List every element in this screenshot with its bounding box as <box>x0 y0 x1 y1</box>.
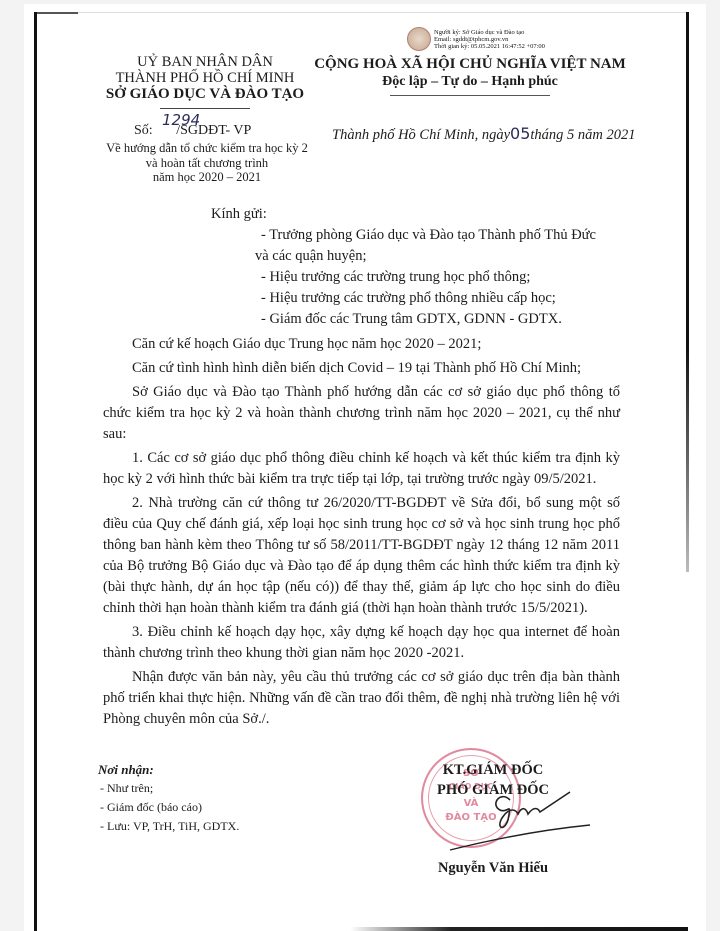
instruction-1: 1. Các cơ sở giáo dục phổ thông điều chỉ… <box>103 448 620 490</box>
distribution-list: Nơi nhận: - Như trên; - Giám đốc (báo cá… <box>98 760 239 836</box>
digital-signature-box: Người ký: Sở Giáo dục và Đào tạo Email: … <box>407 27 545 51</box>
addressee-label: Kính gửi: <box>211 204 620 225</box>
divider <box>160 108 250 109</box>
recipient-item: - Hiệu trưởng các trường phổ thông nhiều… <box>261 288 620 309</box>
distribution-item: - Như trên; <box>100 779 239 798</box>
recipient-item: - Hiệu trưởng các trường trung học phổ t… <box>261 267 620 288</box>
legal-basis-1: Căn cứ kế hoạch Giáo dục Trung học năm h… <box>103 334 620 355</box>
handwritten-day: 05 <box>510 124 530 143</box>
seal-thumbnail-icon <box>407 27 431 51</box>
subject-line: năm học 2020 – 2021 <box>92 170 322 185</box>
legal-basis-2: Căn cứ tình hình hình diễn biến dịch Cov… <box>103 358 620 379</box>
page-edge-right <box>686 12 689 572</box>
recipient-item: - Giám đốc các Trung tâm GDTX, GDNN - GD… <box>261 309 620 330</box>
page-edge-top <box>36 12 686 13</box>
signer-name: Nguyễn Văn Hiếu <box>408 860 578 877</box>
page-edge-top-mark <box>36 12 78 14</box>
instruction-2: 2. Nhà trường căn cứ thông tư 26/2020/TT… <box>103 493 620 619</box>
document-subject: Về hướng dẫn tổ chức kiểm tra học kỳ 2 v… <box>92 141 322 185</box>
distribution-item: - Lưu: VP, TrH, TiH, GDTX. <box>100 817 239 836</box>
document-number: Số: 1294 /SGDĐT- VP <box>134 123 251 139</box>
document-body: Kính gửi: - Trưởng phòng Giáo dục và Đào… <box>103 204 620 733</box>
national-motto: Độc lập – Tự do – Hạnh phúc <box>280 73 660 91</box>
subject-line: Về hướng dẫn tổ chức kiểm tra học kỳ 2 <box>92 141 322 156</box>
sign-time-line: Thời gian ký: 05.05.2021 16:47:52 +07:00 <box>434 43 545 50</box>
instruction-3: 3. Điều chỉnh kế hoạch dạy học, xây dựng… <box>103 622 620 664</box>
page-edge-left <box>34 12 37 931</box>
page-edge-bottom <box>350 927 688 931</box>
handwritten-signature-icon <box>430 770 610 860</box>
distribution-title: Nơi nhận: <box>98 760 239 779</box>
doc-number-label: Số: <box>134 123 153 138</box>
intro-paragraph: Sở Giáo dục và Đào tạo Thành phố hướng d… <box>103 382 620 445</box>
subject-line: và hoàn tất chương trình <box>92 156 322 171</box>
date-prefix: Thành phố Hồ Chí Minh, ngày <box>332 127 510 143</box>
handwritten-doc-number: 1294 <box>162 111 200 129</box>
recipient-item: và các quận huyện; <box>255 246 620 267</box>
nation-title: CỘNG HOÀ XÃ HỘI CHỦ NGHĨA VIỆT NAM <box>280 56 660 73</box>
date-suffix: tháng 5 năm 2021 <box>530 127 635 143</box>
closing-paragraph: Nhận được văn bản này, yêu cầu thủ trưởn… <box>103 667 620 730</box>
place-and-date: Thành phố Hồ Chí Minh, ngày05tháng 5 năm… <box>332 124 636 144</box>
national-header: CỘNG HOÀ XÃ HỘI CHỦ NGHĨA VIỆT NAM Độc l… <box>280 56 660 96</box>
email-line: Email: sgddt@tphcm.gov.vn <box>434 36 545 43</box>
recipient-item: - Trưởng phòng Giáo dục và Đào tạo Thành… <box>261 225 620 246</box>
distribution-item: - Giám đốc (báo cáo) <box>100 798 239 817</box>
divider <box>390 95 550 96</box>
signer-line: Người ký: Sở Giáo dục và Đào tạo <box>434 29 545 36</box>
